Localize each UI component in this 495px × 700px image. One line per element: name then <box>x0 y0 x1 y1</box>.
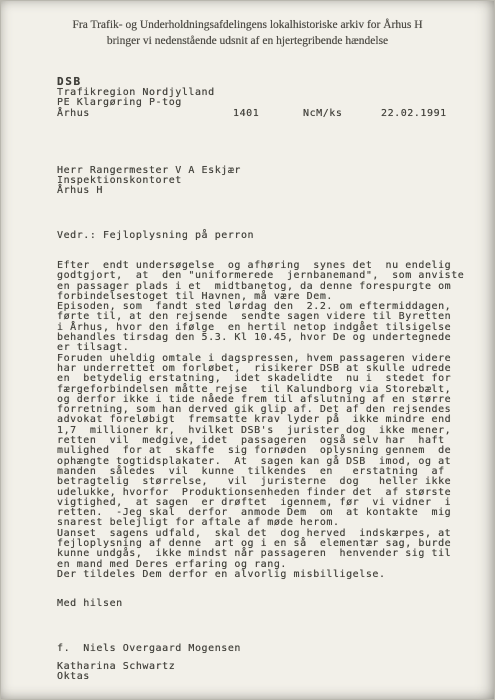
closing-salutation: Med hilsen <box>57 599 123 609</box>
body-paragraph-1: Efter endt undersøgelse og afhøring syne… <box>57 261 464 302</box>
body-paragraph-4: Uanset sagens udfald, skal det dog herve… <box>57 529 464 570</box>
letterhead-meta-row: Århus 1401 NcM/ks 22.02.1991 <box>0 109 495 120</box>
body-paragraph-3: Foruden uheldig omtale i dagspressen, hv… <box>57 354 464 529</box>
archive-note-line1: Fra Trafik- og Underholdningsafdelingens… <box>0 17 495 33</box>
letterhead-org-line2: PE Klargøring P-tog <box>57 98 182 108</box>
archive-note-line2: bringer vi nedenstående udsnit af en hje… <box>0 33 495 49</box>
journal-number: 1401 <box>233 109 259 119</box>
reference-initials: NcM/ks <box>303 109 342 119</box>
letterhead-city: Århus <box>57 109 90 119</box>
body-reprimand-line: Der tildeles Dem derfor en alvorlig misb… <box>57 570 464 580</box>
signed-for-line: f. Niels Overgaard Mogensen <box>57 644 241 654</box>
letter-date: 22.02.1991 <box>381 109 447 119</box>
subject-line: Vedr.: Fejloplysning på perron <box>57 231 254 241</box>
recipient-city: Århus H <box>57 186 103 196</box>
scanned-letter-page: Fra Trafik- og Underholdningsafdelingens… <box>0 0 495 700</box>
signature-title: Oktas <box>57 672 90 682</box>
letter-body: Efter endt undersøgelse og afhøring syne… <box>57 261 464 580</box>
body-paragraph-2: Episoden, som fandt sted lørdag den 2.2.… <box>57 302 464 353</box>
dsb-logo: DSB <box>57 77 82 87</box>
